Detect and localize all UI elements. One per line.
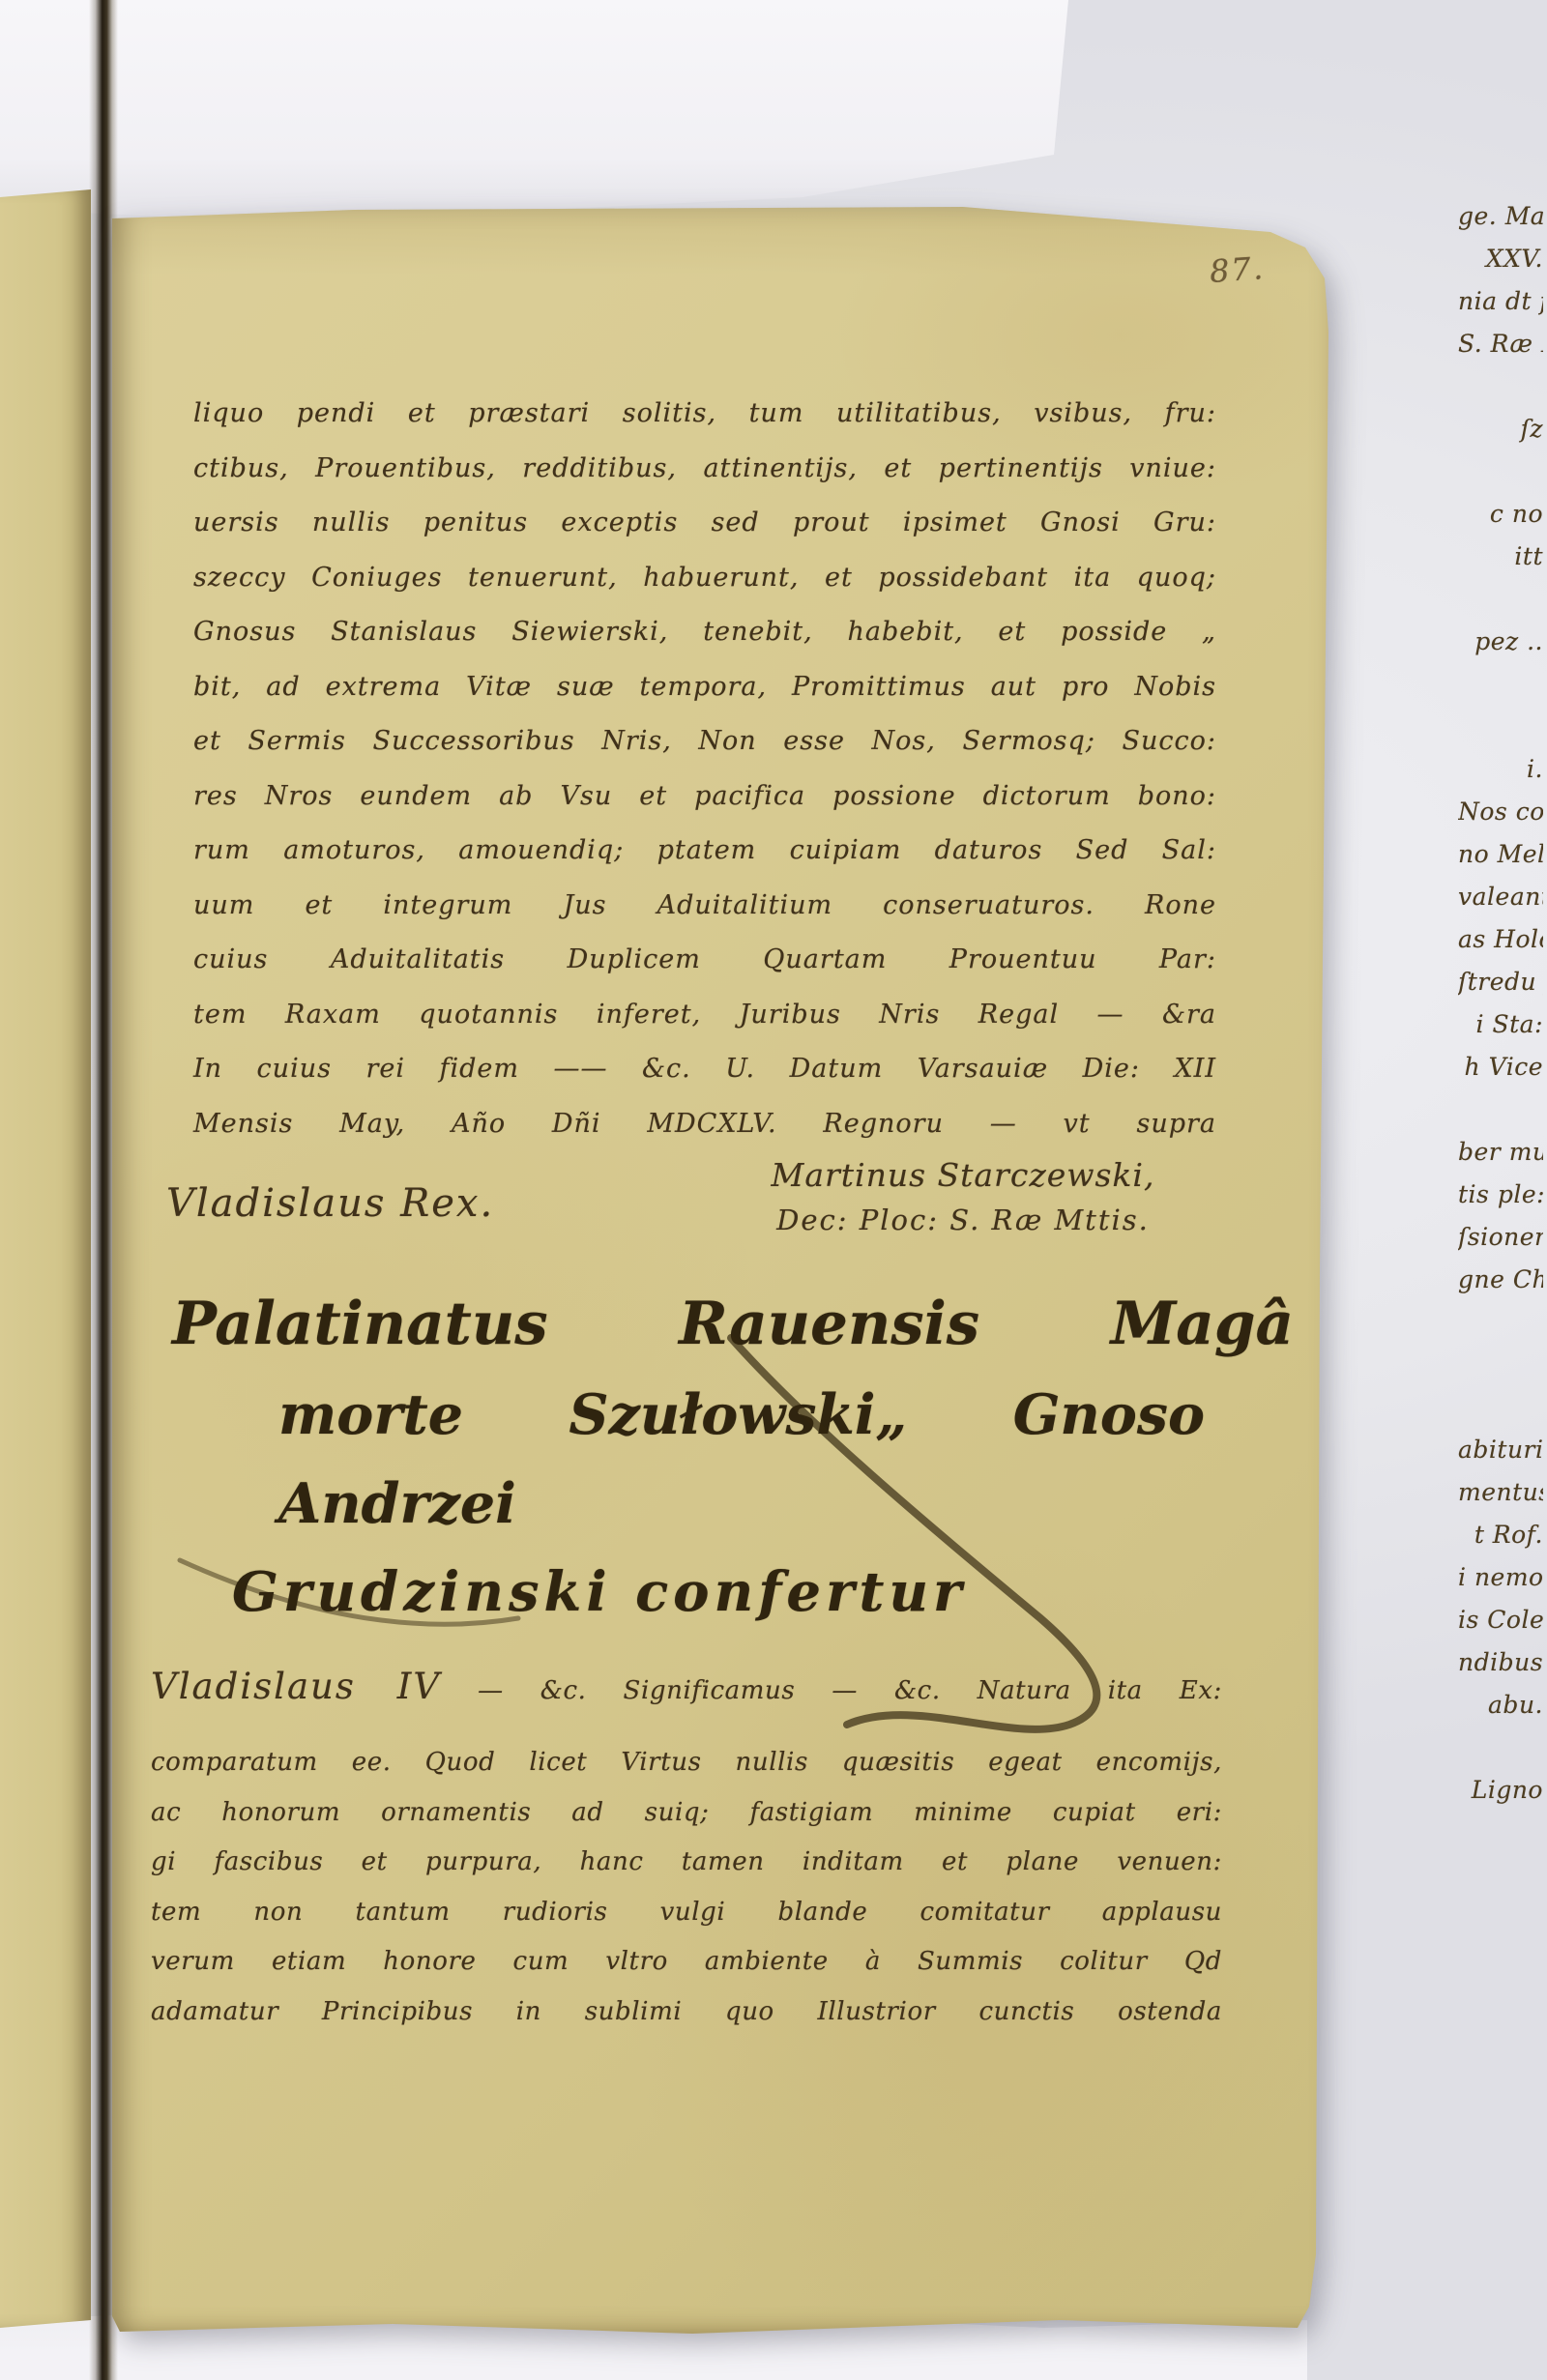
margin-fragment: nia dt ſup <box>1458 280 1543 323</box>
paragraph-lines: comparatum ee. Quod licet Virtus nullis … <box>151 1738 1222 2037</box>
signature-king: Vladislaus Rex. <box>166 1181 494 1226</box>
heading-line-2: morte Szułowski„ Gnoso Andrzei <box>278 1371 1205 1549</box>
margin-fragment: as Holoz <box>1458 918 1543 961</box>
body-line: uersis nullis penitus exceptis sed prout… <box>193 496 1216 551</box>
body-line: cuius Aduitalitatis Duplicem Quartam Pro… <box>193 933 1216 988</box>
margin-fragment <box>1458 450 1543 493</box>
margin-fragment: ber mul. <box>1458 1131 1543 1174</box>
backing-paper-top <box>0 0 1068 226</box>
facing-page-sliver <box>0 189 91 2328</box>
margin-fragment <box>1458 706 1543 748</box>
paragraph-line: ac honorum ornamentis ad suiq; fastigiam… <box>151 1788 1222 1839</box>
margin-fragment: no Melit <box>1458 833 1543 876</box>
margin-fragment: ge. Ma co <box>1458 195 1543 238</box>
paragraph-line: adamatur Principibus in sublimi quo Illu… <box>151 1988 1222 2038</box>
margin-fragment: Nos con <box>1458 791 1543 833</box>
margin-fragment: valeant <box>1458 876 1543 918</box>
margin-fragment: c no <box>1458 493 1543 536</box>
margin-fragment: i. <box>1458 748 1543 791</box>
body-line: Gnosus Stanislaus Siewierski, tenebit, h… <box>193 605 1216 660</box>
body-line: szeccy Coniuges tenuerunt, habuerunt, et… <box>193 551 1216 606</box>
margin-fragment: is Cole. <box>1458 1599 1543 1641</box>
margin-fragment: Ligno <box>1458 1769 1543 1812</box>
margin-fragment: mentus <box>1458 1471 1543 1514</box>
signature-secretary: Martinus Starczewski, Dec: Ploc: S. Ræ M… <box>712 1156 1214 1236</box>
margin-fragment: S. Ræ Mtis <box>1458 323 1543 365</box>
margin-fragment: XXV. <box>1458 238 1543 280</box>
intro-royal-name: Vladislaus IV <box>151 1666 441 1707</box>
second-paragraph: Vladislaus IV — &c. Significamus — &c. N… <box>151 1653 1222 2037</box>
paragraph-line: verum etiam honore cum vltro ambiente à … <box>151 1937 1222 1988</box>
margin-fragment <box>1458 365 1543 408</box>
heading-line-1: Palatinatus Rauensis Magâ <box>172 1278 1294 1371</box>
page-right-edge <box>1328 207 1340 2336</box>
body-line: et Sermis Successoribus Nris, Non esse N… <box>193 714 1216 769</box>
scanned-manuscript-photo: ge. Ma coXXV.nia dt ſupS. Ræ Mtis ſz c n… <box>0 0 1547 2380</box>
margin-fragment <box>1458 1386 1543 1429</box>
margin-fragment: abituri <box>1458 1429 1543 1471</box>
paragraph-line: tem non tantum rudioris vulgi blande com… <box>151 1888 1222 1938</box>
secretary-title: Dec: Ploc: S. Ræ Mttis. <box>712 1204 1214 1236</box>
margin-fragment: ſsionen <box>1458 1216 1543 1259</box>
margin-fragment: i Sta: <box>1458 1003 1543 1046</box>
heading-line-3: Grudzinski confertur <box>232 1549 1340 1636</box>
intro-formula: — &c. Significamus — &c. Natura ita Ex: <box>478 1676 1222 1705</box>
margin-fragment <box>1458 1088 1543 1131</box>
body-line: rum amoturos, amouendiq; ptatem cuipiam … <box>193 824 1216 879</box>
margin-fragment: ſtredu ſr <box>1458 961 1543 1003</box>
manuscript-page: 87. liquo pendi et præstari solitis, tum… <box>112 207 1340 2336</box>
margin-fragment <box>1458 1344 1543 1386</box>
margin-fragment: tis ple: <box>1458 1174 1543 1216</box>
secretary-name: Martinus Starczewski, <box>712 1156 1214 1194</box>
margin-fragment: h Vice <box>1458 1046 1543 1088</box>
body-line: ctibus, Prouentibus, redditibus, attinen… <box>193 442 1216 497</box>
page-paper: 87. liquo pendi et præstari solitis, tum… <box>112 207 1340 2336</box>
body-line: Mensis May, Año Dñi MDCXLV. Regnoru — vt… <box>193 1097 1216 1152</box>
paragraph-line: comparatum ee. Quod licet Virtus nullis … <box>151 1738 1222 1788</box>
margin-fragment: t Rof. <box>1458 1514 1543 1556</box>
paragraph-line: gi fascibus et purpura, hanc tamen indit… <box>151 1838 1222 1888</box>
body-line: liquo pendi et præstari solitis, tum uti… <box>193 387 1216 442</box>
facing-page-fragments: ge. Ma coXXV.nia dt ſupS. Ræ Mtis ſz c n… <box>1458 195 1543 1812</box>
margin-fragment <box>1458 663 1543 706</box>
margin-fragment <box>1458 1727 1543 1769</box>
margin-fragment: ndibus <box>1458 1641 1543 1684</box>
margin-fragment: abu. <box>1458 1684 1543 1727</box>
body-text-block: liquo pendi et præstari solitis, tum uti… <box>193 387 1216 1151</box>
margin-fragment <box>1458 1301 1543 1344</box>
margin-fragment: ſz <box>1458 408 1543 450</box>
body-line: tem Raxam quotannis inferet, Juribus Nri… <box>193 988 1216 1043</box>
body-line: res Nros eundem ab Vsu et pacifica possi… <box>193 769 1216 825</box>
paragraph-intro-line: Vladislaus IV — &c. Significamus — &c. N… <box>151 1653 1222 1725</box>
body-line: bit, ad extrema Vitæ suæ tempora, Promit… <box>193 660 1216 715</box>
margin-fragment <box>1458 578 1543 621</box>
margin-fragment: itt <box>1458 536 1543 578</box>
body-line: uum et integrum Jus Aduitalitium conseru… <box>193 879 1216 934</box>
page-number: 87. <box>1209 249 1266 290</box>
document-heading: Palatinatus Rauensis Magâ morte Szułowsk… <box>112 1278 1340 1636</box>
margin-fragment: gne Ch <box>1458 1259 1543 1301</box>
margin-fragment: pez .. <box>1458 621 1543 663</box>
margin-fragment: i nemori <box>1458 1556 1543 1599</box>
body-line: In cuius rei fidem —— &c. U. Datum Varsa… <box>193 1042 1216 1097</box>
